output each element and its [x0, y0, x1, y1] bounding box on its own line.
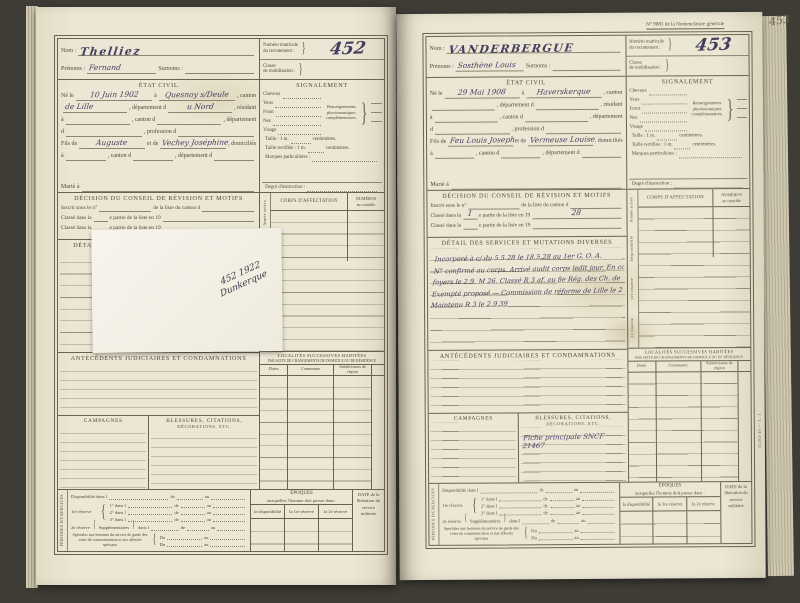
annee-field — [532, 219, 621, 230]
campagnes-ruled — [60, 425, 146, 488]
dates-col-label: Dates — [260, 365, 287, 375]
dates-col — [260, 376, 287, 489]
numeros-controle-label: NUMÉROSau contrôle — [713, 189, 750, 206]
blessures-ruled — [151, 430, 257, 488]
nez-label: Nez — [263, 119, 271, 126]
campagnes-title: CAMPAGNES — [58, 416, 148, 424]
marques-line: Marques particulières : — [629, 149, 747, 159]
antecedents-title: ANTÉCÉDENTS JUDICIAIRES ET CONDAMNATIONS — [58, 353, 259, 362]
matricule-label: Numéro matricule du recrutement : — [263, 43, 298, 55]
canton-label: , canton d — [132, 117, 156, 125]
periodes-label: PÉRIODES D'EXERCICES — [431, 488, 436, 540]
brace-glyph: } — [727, 97, 734, 120]
classe-dans-label: Classé dans la — [61, 225, 92, 232]
periodes-side: PÉRIODES D'EXERCICES — [429, 484, 439, 545]
paper-slip: 452 1922 Dunkerque — [91, 228, 282, 353]
canton-label: , canton — [237, 93, 256, 101]
periodes-block: PÉRIODES D'EXERCICES Disponibilité dans … — [429, 481, 751, 545]
degre-label: Degré d'instruction : — [632, 182, 672, 189]
fils-de-label: Fils de — [61, 141, 77, 149]
classe-dans-label: Classé dans la — [430, 213, 461, 220]
birthplace-field: Quesnoy s/Deule — [159, 91, 235, 101]
communes-col — [655, 372, 701, 482]
marie-line: Marié à — [427, 175, 626, 190]
epoques-columns: la disponibilité la 1re réserve la 2e ré… — [620, 498, 720, 513]
birthplace-handwriting: Haverskerque — [534, 88, 593, 98]
blank — [151, 521, 179, 531]
epoque-reserve2: la 2e réserve — [318, 505, 352, 518]
decision-title: DÉCISION DU CONSEIL DE RÉVISION ET MOTIF… — [58, 193, 259, 202]
campagnes-title: CAMPAGNES — [429, 413, 518, 422]
matricule-label-1: Numéro matricule — [263, 43, 298, 49]
taille-rectifiee-label: Taille rectifiée : 1 m. — [265, 146, 306, 153]
periodes-side: PÉRIODES D'EXERCICES — [58, 490, 68, 551]
signalement-section: SIGNALEMENT Cheveux Yeux Front Nez Visag… — [260, 80, 384, 193]
main-column-right: Nom : VANDERBERGUE Prénoms : Sosthène Lo… — [426, 36, 628, 483]
canton3-field — [501, 148, 540, 158]
reserve1-label: 1re réserve — [71, 509, 97, 514]
prenoms-line: Prénoms : Sosthène Louis Surnoms : — [427, 58, 626, 71]
blank — [167, 537, 202, 547]
blessures-title-2: DÉCORATIONS, ETC. — [519, 421, 627, 427]
nomenclature-note: N° 9081 de la Nomenclature générale — [646, 21, 724, 29]
ne-le-label: Né le — [61, 93, 74, 101]
blank — [557, 514, 579, 524]
classe-dans-label: Classé dans la — [431, 223, 462, 230]
partie-field: 1 — [463, 210, 477, 220]
dans-l-label: dans l — [509, 519, 520, 524]
epoques-body — [251, 519, 352, 551]
speciales-group: Spéciales aux hommes du service de garde… — [442, 525, 616, 542]
au-controle-label: au contrôle — [722, 198, 741, 204]
annee-field: 28 — [532, 209, 621, 220]
canton-label: , canton d — [476, 151, 500, 159]
visage-label: Visage — [263, 128, 276, 135]
blank — [736, 99, 746, 100]
blank — [620, 512, 653, 544]
periodes-fields: Disponibilité dans ldeau 1re réserve { 1… — [439, 483, 620, 545]
prenoms-label: Prénoms : — [430, 64, 454, 72]
detail-services-section: DÉTAIL DES SERVICES ET MUTATIONS DIVERSE… — [428, 237, 627, 351]
localites-title: LOCALITÉS SUCCESSIVES HABITÉES PAR SUITE… — [628, 348, 750, 360]
classe-dans-label: Classé dans la — [61, 215, 92, 222]
armee-active-label: Armée active — [263, 200, 267, 226]
etat-line-5: Fils de Auguste et de Vechey Joséphine ,… — [58, 137, 259, 149]
inscrit-label: Inscrit sous le n° — [430, 203, 466, 210]
degre-field — [674, 178, 742, 188]
canton-field: de Lille — [63, 103, 127, 113]
localites-header: Dates Communes Subdivisions de région — [628, 360, 750, 373]
au-label: au — [205, 494, 209, 499]
epoques-table: ÉPOQUES auxquelles l'homme doit passer d… — [620, 482, 721, 544]
a-label: à — [61, 153, 64, 161]
departement-handwriting: u Nord — [184, 103, 216, 112]
etat-line-6: à , canton d , département d — [427, 146, 626, 159]
classe-label: Classe de mobilisation : — [263, 64, 295, 76]
reserve1-label: 1re réserve — [442, 503, 468, 508]
nom-line: Nom : Thelliez — [58, 44, 259, 56]
communes-col-label: Communes — [655, 361, 700, 371]
register-page-right: N° 9081 de la Nomenclature générale 3228… — [396, 12, 765, 580]
birthplace-handwriting: Quesnoy s/Deule — [162, 91, 231, 100]
slip-handwriting: 452 1922 Dunkerque — [216, 258, 268, 300]
numero-liste-field — [99, 202, 151, 212]
etat-line-2: de Lille , département d u Nord , résida… — [58, 101, 259, 113]
yeux-label: Yeux — [263, 101, 273, 108]
date-liberation-cell: DATE de la libération du service militai… — [721, 482, 752, 543]
disponibilite-label: Disponibilité dans l — [71, 494, 107, 499]
reserve2-label: 2e réserve — [442, 519, 461, 524]
brace-glyph: { — [523, 526, 530, 542]
departement-label: , département — [590, 114, 623, 122]
communes-col-label: Communes — [287, 365, 333, 375]
father-field: Feu Louis Joseph — [448, 137, 513, 147]
localites-body — [628, 372, 751, 482]
epoque-reserve1: la 1re réserve — [653, 498, 687, 511]
armee-active-label: Armée active — [630, 197, 635, 223]
matricule-row: Numéro matricule du recrutement : } 452 — [260, 39, 384, 59]
residant-label: , résidant — [600, 102, 622, 110]
canton3-field — [133, 151, 173, 161]
dans-label: 3° dans l — [481, 510, 497, 515]
campagnes-cell: CAMPAGNES — [58, 416, 149, 489]
supplementaires-label: Supplémentaires — [99, 525, 130, 530]
mother-field: Vermeuse Louise — [528, 136, 593, 146]
speciales-rows: Duau Duau — [531, 526, 616, 541]
corps-ruled-lines — [638, 207, 750, 348]
disponibilite-label: Disponibilité dans l — [442, 488, 478, 494]
corps-ruled-lines — [271, 211, 384, 351]
domicile-field — [435, 149, 474, 159]
brace-glyph: } — [664, 57, 671, 74]
localites-table: LOCALITÉS SUCCESSIVES HABITÉES PAR SUITE… — [260, 352, 384, 489]
speciales-row-2: Duau — [531, 533, 616, 541]
signalement-section: SIGNALEMENT Cheveux Yeux Front Nez Visag… — [626, 76, 749, 190]
subdivisions-col-label: Subdivisions de région — [700, 361, 738, 371]
names-section: Nom : VANDERBERGUE Prénoms : Sosthène Lo… — [426, 36, 625, 78]
periodes-block: PÉRIODES D'EXERCICES Disponibilité dans … — [58, 489, 384, 551]
classe-label: Classe de mobilisation : — [629, 60, 661, 72]
marie-field — [451, 179, 621, 190]
corps-affectation-label: CORPS D'AFFECTATION — [271, 199, 347, 204]
annee-handwriting: 28 — [569, 209, 584, 218]
surnoms-field — [552, 60, 620, 70]
campagnes-blessures-section: CAMPAGNES BLESSURES, CITATIONS, DÉCORATI… — [58, 416, 259, 489]
blessures-cell: BLESSURES, CITATIONS, DÉCORATIONS, ETC. — [149, 416, 259, 489]
date-liberation-cell: DATE de la libération du service militai… — [353, 490, 384, 551]
narrow-col — [738, 372, 751, 481]
signalement-traits: Cheveux Yeux Front Nez Visage — [262, 90, 324, 135]
nom-handwriting: VANDERBERGUE — [446, 43, 577, 58]
antecedents-ruled-lines — [60, 363, 257, 414]
blessures-title-2: DÉCORATIONS, ETC. — [149, 424, 259, 429]
classe-label-2: de mobilisation : — [629, 66, 661, 72]
birthdate-field: 29 Mai 1908 — [445, 88, 520, 98]
a-label: à — [430, 151, 433, 159]
subdivisions-col-label: Subdivisions de région — [333, 365, 371, 375]
blank — [686, 512, 720, 544]
residence-field — [435, 113, 498, 123]
partie-field — [463, 220, 477, 230]
decision-line-2: Classé dans la e partie de la liste en 1… — [58, 212, 259, 222]
prenoms-field: Fernand — [87, 64, 156, 74]
surnoms-label: Surnoms : — [158, 66, 183, 74]
blank — [737, 108, 747, 109]
detail-handwriting: Incorporé à c/ du 5.5.28 le 18.5.28 au 1… — [430, 250, 625, 312]
etat-civil-title: ÉTAT CIVIL — [58, 80, 259, 89]
reserve2-label: 2e réserve — [71, 525, 90, 530]
armee-active-cell: Armée active — [627, 190, 637, 230]
profession-field — [178, 127, 254, 137]
nom-label: Nom : — [61, 48, 76, 56]
d-label: d — [61, 129, 64, 137]
domicilies-label: , domiciliés — [595, 138, 623, 146]
nom-field: VANDERBERGUE — [447, 43, 621, 54]
etat-line-1: Né le 10 Juin 1902 à Quesnoy s/Deule , c… — [58, 89, 259, 101]
epoques-table: ÉPOQUES auxquelles l'homme doit passer d… — [251, 490, 353, 551]
corps-affectation-label: CORPS D'AFFECTATION — [638, 195, 713, 201]
campagnes-ruled — [431, 423, 517, 482]
complement-fields — [736, 92, 747, 126]
narrow-col — [738, 361, 751, 371]
departement-label: , département d — [175, 153, 212, 161]
canton-field — [432, 101, 495, 111]
matricule-box: Numéro matricule du recrutement : } 453 … — [626, 35, 749, 77]
signalement-title: SIGNALEMENT — [628, 76, 746, 86]
mother-handwriting: Vermeuse Louise — [528, 136, 598, 146]
marie-line: Marié à — [58, 178, 259, 192]
d-label: d — [430, 127, 433, 135]
marques-field — [679, 148, 742, 158]
residence-field — [66, 115, 130, 125]
form-right: Nom : VANDERBERGUE Prénoms : Sosthène Lo… — [425, 34, 752, 546]
departement-field: u Nord — [168, 103, 232, 113]
brace-glyph: } — [298, 61, 305, 78]
reserve2-label: 2e réserve — [631, 318, 636, 338]
blessures-cell: BLESSURES, CITATIONS, DÉCORATIONS, ETC. … — [519, 413, 628, 483]
birthdate-handwriting: 29 Mai 1908 — [456, 88, 509, 97]
blank — [539, 530, 573, 540]
subdivisions-col — [700, 372, 738, 482]
etat-line-6: à , canton d , département d — [58, 149, 259, 161]
marques-label: Marques particulières : — [632, 152, 677, 159]
periodes-label: PÉRIODES D'EXERCICES — [60, 494, 64, 546]
marques-line: Marques particulières : — [262, 153, 382, 162]
departement-label: , département d — [542, 150, 579, 158]
blank — [318, 519, 352, 551]
signalement-title: SIGNALEMENT — [262, 80, 382, 89]
brace-glyph: } — [131, 519, 136, 531]
a-label: à — [430, 115, 433, 123]
epoque-reserve1: la 1re réserve — [284, 505, 318, 518]
reserve1-cell: 1re réserve — [627, 269, 637, 309]
father-handwriting: Auguste — [94, 139, 130, 148]
corps-main: CORPS D'AFFECTATION NUMÉROSau contrôle — [638, 189, 750, 348]
speciales-row-2: Duau — [160, 540, 247, 547]
canton2-field — [525, 112, 588, 122]
brace-glyph: } — [666, 37, 673, 54]
speciales-label: Spéciales aux hommes du service de garde… — [442, 527, 520, 542]
armee-active-cell: Armée active — [260, 193, 270, 233]
blank — [653, 512, 687, 544]
corps-main: CORPS D'AFFECTATION NUMÉROSau contrôle — [271, 193, 384, 351]
du-label: Du — [531, 535, 537, 540]
etat-line-4: d , profession d — [58, 125, 259, 137]
signalement-complement: Renseigne­ments physio­nomiques compléme… — [324, 90, 382, 135]
speciales-rows: Duau Duau — [160, 533, 247, 547]
classe-label-2: de mobilisation : — [263, 69, 295, 75]
blank — [210, 537, 245, 547]
brace-glyph: { — [100, 501, 108, 522]
classe-row: Classe de mobilisation : } — [260, 59, 384, 80]
nom-label: Nom : — [429, 46, 444, 54]
epoque-disponibilite: la disponibilité — [251, 505, 284, 518]
au-label: au — [204, 542, 208, 547]
father-field: Auguste — [79, 139, 145, 149]
brace-glyph: { — [92, 519, 97, 531]
nez-label: Nez — [630, 116, 638, 123]
du-label: Du — [160, 542, 166, 547]
annee-field — [163, 212, 254, 222]
liste-canton-field — [202, 202, 254, 212]
partie-field — [94, 212, 108, 222]
father-handwriting: Feu Louis Joseph — [448, 136, 518, 146]
mother-field: Vechey Joséphine — [160, 139, 226, 149]
canton-label: , canton — [603, 90, 622, 98]
departement3-field — [214, 151, 254, 161]
surnoms-field — [185, 64, 254, 74]
signalement-grid: Cheveux Yeux Front Nez Visage Renseigne­… — [628, 86, 747, 132]
complement-label: Renseigne­ments physio­nomiques compléme… — [690, 100, 724, 117]
epoques-columns: la disponibilité la 1re réserve la 2e ré… — [251, 505, 352, 519]
marques-label: Marques particulières : — [265, 155, 310, 162]
profession-field — [546, 124, 621, 134]
prenoms-handwriting: Sosthène Louis — [455, 61, 518, 71]
a-label: à — [61, 117, 64, 125]
subdivisions-col — [333, 376, 371, 489]
domicilies-label: , domiciliés — [228, 141, 256, 149]
speciales-group: Spéciales aux hommes du service de garde… — [71, 532, 247, 548]
degre-label: Degré d'instruction : — [265, 185, 305, 192]
epoques-header: ÉPOQUES auxquelles l'homme doit passer d… — [620, 482, 720, 498]
antecedents-ruled-lines — [430, 360, 625, 412]
blank — [522, 514, 549, 524]
departement-label: , département d — [129, 105, 166, 113]
communes-col — [287, 376, 333, 489]
blessures-handwriting: Fiche principale SNCF 21467 — [523, 432, 629, 451]
names-section: Nom : Thelliez Prénoms : Fernand Surnoms… — [58, 39, 259, 80]
mother-handwriting: Vechey Joséphine — [160, 139, 232, 148]
brace-glyph: } — [361, 101, 368, 124]
liste-canton-label: de la liste du canton d — [153, 205, 200, 212]
matricule-label-2: du recrutement : — [629, 45, 664, 51]
birthplace-field: Haverskerque — [526, 88, 601, 98]
campagnes-blessures-section: CAMPAGNES BLESSURES, CITATIONS, DÉCORATI… — [429, 413, 628, 483]
canton-label: , canton d — [108, 153, 132, 161]
canton-handwriting: de Lille — [62, 103, 95, 112]
degre-field — [307, 182, 377, 192]
brace-glyph: } — [300, 40, 307, 57]
prenoms-handwriting: Fernand — [87, 63, 124, 72]
speciales-label: Spéciales aux hommes du service de garde… — [71, 533, 149, 547]
blessures-title-1: BLESSURES, CITATIONS, — [149, 416, 259, 424]
epoque-reserve2: la 2e réserve — [686, 498, 720, 511]
et-de-label: et de — [147, 141, 159, 149]
departement2-field — [435, 125, 510, 135]
degre-instruction-line: Degré d'instruction : — [629, 178, 747, 189]
blank — [284, 519, 318, 551]
partie-handwriting: 1 — [465, 210, 475, 219]
birthdate-field: 10 Juin 1902 — [76, 91, 152, 101]
disponibilite-label: Disponibilité — [630, 236, 635, 262]
degre-instruction-line: Degré d'instruction : — [262, 182, 382, 192]
epoques-body — [620, 512, 720, 544]
blank — [251, 519, 284, 551]
au-label: au — [574, 487, 578, 492]
decision-line-3: Classé dans la e partie de la liste en 1… — [428, 219, 627, 230]
blank — [371, 112, 382, 113]
corner-pencil-number: 453 — [768, 12, 791, 28]
blank — [588, 514, 615, 524]
partie-liste-label: e partie de la liste en 19 — [110, 215, 161, 222]
epoques-header: ÉPOQUES auxquelles l'homme doit passer d… — [251, 490, 352, 505]
brace-glyph: } — [502, 513, 507, 525]
matricule-label: Numéro matricule du recrutement : — [629, 39, 664, 51]
matricule-row: Numéro matricule du recrutement : } 453 — [626, 35, 748, 55]
marques-field — [312, 152, 377, 162]
dans-l-label: dans l — [138, 525, 149, 530]
epoque-disponibilite: la disponibilité — [620, 498, 653, 511]
periodes-fields: Disponibilité dans ldeau 1re réserve { 1… — [68, 490, 251, 551]
etat-line-3: à , canton d , département — [58, 113, 259, 125]
numeros-controle-label: NUMÉROSau contrôle — [347, 193, 384, 210]
supplementaires-label: Supplémentaires — [470, 519, 501, 524]
partie-liste-label: e partie de la liste en 19 — [479, 212, 530, 220]
blank — [371, 103, 382, 104]
reserve2-cell: 2e réserve — [628, 308, 638, 348]
inscrit-label: Inscrit sous le n° — [61, 205, 97, 212]
antecedents-section: ANTÉCÉDENTS JUDICIAIRES ET CONDAMNATIONS — [58, 353, 259, 416]
partie-liste-label: e partie de la liste en 19 — [479, 222, 530, 230]
campagnes-cell: CAMPAGNES — [429, 413, 520, 483]
antecedents-title: ANTÉCÉDENTS JUDICIAIRES ET CONDAMNATIONS — [428, 350, 627, 360]
decision-line-1: Inscrit sous le n° de la liste du canton… — [58, 202, 259, 212]
prenoms-line: Prénoms : Fernand Surnoms : — [58, 62, 259, 74]
blank — [371, 121, 382, 122]
side-column-right: Numéro matricule du recrutement : } 453 … — [626, 35, 751, 482]
signalement-grid: Cheveux Yeux Front Nez Visage Renseigne­… — [262, 90, 382, 135]
nom-line: Nom : VANDERBERGUE — [426, 41, 625, 54]
localites-body — [260, 376, 384, 489]
birthdate-handwriting: 10 Juin 1902 — [87, 91, 141, 100]
etat-civil-section: ÉTAT CIVIL Né le 29 Mai 1908 à Haversker… — [427, 77, 626, 191]
blank — [187, 521, 209, 531]
register-page-left: Nom : Thelliez Prénoms : Fernand Surnoms… — [36, 7, 396, 585]
taille-label: Taille : 1 m. — [265, 137, 289, 144]
matricule-label-2: du recrutement : — [263, 49, 298, 55]
corps-affectation-table: Armée active Disponibilité 1re réserve 2… — [627, 189, 750, 349]
corps-header: CORPS D'AFFECTATION NUMÉROSau contrôle — [271, 193, 384, 211]
nom-handwriting: Thelliez — [77, 46, 144, 59]
corps-header: CORPS D'AFFECTATION NUMÉROSau contrôle — [638, 189, 749, 208]
canton-label: , canton d — [499, 115, 523, 123]
marie-label: Marié à — [61, 184, 80, 192]
blank — [217, 521, 245, 531]
profession-label: , profession d — [512, 126, 545, 134]
numero-liste-field — [469, 200, 520, 210]
departement2-field — [66, 127, 142, 137]
localites-header: Dates Communes Subdivisions de région — [260, 364, 384, 376]
